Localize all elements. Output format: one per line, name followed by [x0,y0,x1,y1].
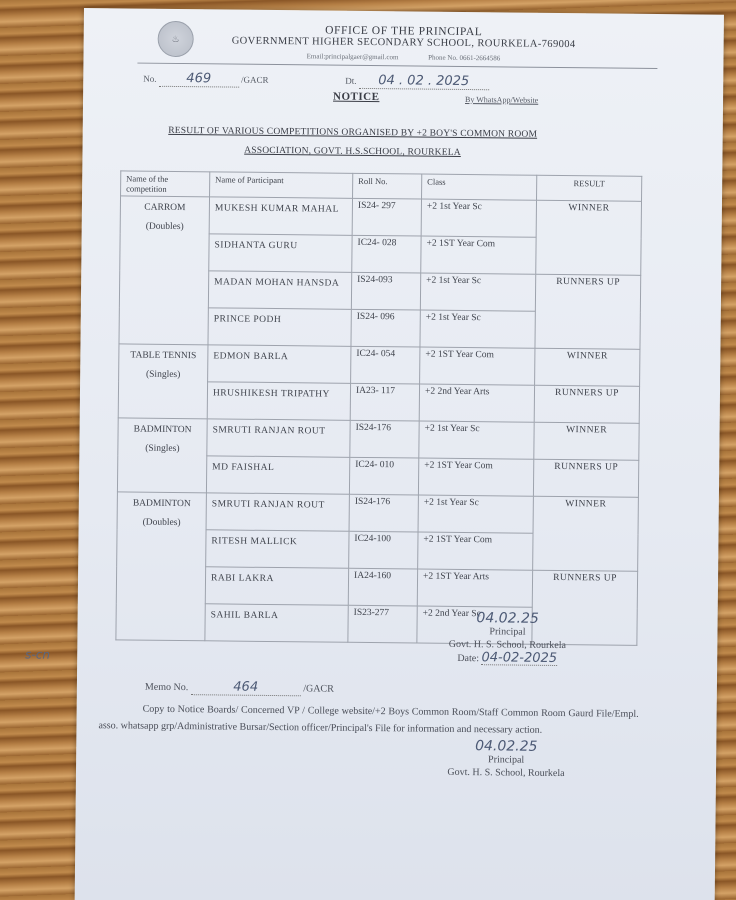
principal-signature-block-2: 04.02.25 Principal Govt. H. S. School, R… [406,739,606,780]
competition-cell: CARROM(Doubles) [119,196,210,345]
competition-cell: TABLE TENNIS(Singles) [118,344,208,419]
header-roll: Roll No. [353,173,422,199]
phone-text: Phone No. 0661-2664586 [428,54,500,63]
header-divider [137,63,657,69]
competition-cell: BADMINTON(Doubles) [116,492,207,641]
memo-number-value: 464 [233,680,258,695]
distribution-channel: By WhatsApp/Website [465,95,538,105]
header-result: RESULT [537,175,642,201]
competition-type: (Singles) [123,439,201,459]
margin-annotation: s-cn [25,647,50,661]
roll-number: IC24- 028 [352,235,421,273]
result-cell: RUNNERS UP [533,459,638,497]
participant-name: RITESH MALLICK [206,530,349,568]
roll-number: IS24-176 [349,494,418,532]
roll-number: IC24- 054 [351,346,420,384]
notice-document: ♨ OFFICE OF THE PRINCIPAL GOVERNMENT HIG… [75,8,724,900]
notice-title: NOTICE [333,91,380,103]
email-text: Email:principalgaer@gmail.com [307,52,399,61]
class-name: +2 1ST Year Com [418,532,533,570]
memo-number: Memo No. 464 /GACR [145,679,334,697]
participant-name: EDMON BARLA [208,345,351,383]
competition-name: BADMINTON [123,494,201,514]
signature-date-value: 04-02-2025 [481,651,557,666]
class-name: +2 1st Year Sc [421,199,536,237]
participant-name: SIDHANTA GURU [209,234,352,272]
roll-number: IA23- 117 [350,383,419,421]
result-cell: RUNNERS UP [535,274,641,349]
header-class: Class [422,174,537,200]
class-name: +2 1st Year Sc [419,421,534,459]
roll-number: IS24- 096 [351,309,420,347]
participant-name: MADAN MOHAN HANSDA [208,271,351,309]
table-row: TABLE TENNIS(Singles)EDMON BARLAIC24- 05… [119,344,640,386]
result-cell: WINNER [534,422,639,460]
principal-signature-block: 04.02.25 Principal Govt. H. S. School, R… [407,611,608,666]
signature-date: Date: 04-02-2025 [407,650,607,666]
notice-subject: RESULT OF VARIOUS COMPETITIONS ORGANISED… [142,122,562,164]
roll-number: IC24-100 [349,531,418,569]
class-name: +2 1st Year Sc [420,310,535,348]
reference-date-value: 04 . 02 . 2025 [378,73,469,89]
class-name: +2 1ST Year Com [421,236,536,274]
reference-date: Dt. 04 . 02 . 2025 [345,73,489,91]
class-name: +2 1ST Year Com [420,347,535,385]
competition-type: (Singles) [124,365,202,385]
signatory-org-2: Govt. H. S. School, Rourkela [406,765,606,780]
competition-cell: BADMINTON(Singles) [117,418,207,493]
roll-number: IS24- 297 [352,198,421,236]
class-name: +2 2nd Year Arts [419,384,534,422]
participant-name: HRUSHIKESH TRIPATHY [207,382,350,420]
participant-name: PRINCE PODH [208,308,351,346]
class-name: +2 1st Year Sc [418,495,533,533]
reference-number: No. 469 /GACR [143,71,268,88]
reference-number-value: 469 [186,71,211,86]
table-row: BADMINTON(Singles)SMRUTI RANJAN ROUTIS24… [118,418,639,460]
competition-name: CARROM [126,198,204,218]
table-row: BADMINTON(Doubles)SMRUTI RANJAN ROUTIS24… [117,492,638,534]
class-name: +2 1ST Year Com [418,458,533,496]
result-cell: WINNER [533,496,639,571]
participant-name: MUKESH KUMAR MAHAL [209,197,352,235]
participant-name: SMRUTI RANJAN ROUT [207,419,350,457]
result-cell: WINNER [536,200,642,275]
table-row: CARROM(Doubles)MUKESH KUMAR MAHALIS24- 2… [120,196,641,238]
header-competition: Name of the competition [121,171,210,197]
participant-name: MD FAISHAL [206,456,349,494]
roll-number: IS24-176 [350,420,419,458]
result-cell: WINNER [535,348,640,386]
result-cell: RUNNERS UP [534,385,639,423]
roll-number: IA24-160 [348,568,417,606]
results-table: Name of the competition Name of Particip… [115,170,642,645]
header-participant: Name of Participant [210,172,353,198]
roll-number: IC24- 010 [349,457,418,495]
participant-name: SMRUTI RANJAN ROUT [206,493,349,531]
class-name: +2 1ST Year Arts [417,569,532,607]
competition-name: TABLE TENNIS [124,346,202,366]
copy-distribution-text: Copy to Notice Boards/ Concerned VP / Co… [98,700,638,740]
class-name: +2 1st Year Sc [420,273,535,311]
competition-type: (Doubles) [123,513,201,533]
participant-name: RABI LAKRA [205,567,348,605]
competition-name: BADMINTON [123,420,201,440]
participant-name: SAHIL BARLA [205,604,348,642]
roll-number: IS24-093 [351,272,420,310]
results-body: CARROM(Doubles)MUKESH KUMAR MAHALIS24- 2… [116,196,642,645]
competition-type: (Doubles) [126,217,204,237]
